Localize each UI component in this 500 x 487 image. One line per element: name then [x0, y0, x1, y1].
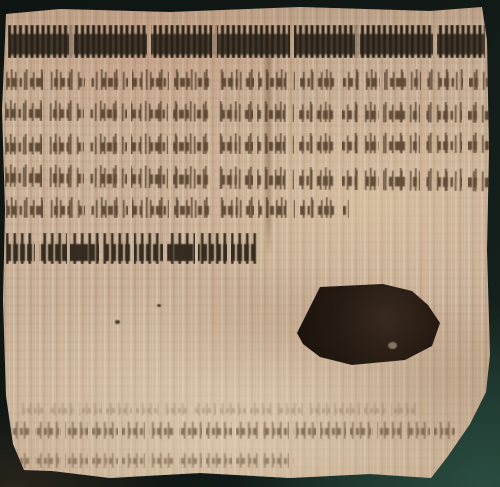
- ghost-script-line: [22, 402, 422, 416]
- photo-frame: [0, 0, 500, 487]
- subscription-script-line: [6, 233, 257, 264]
- body-script-line: [5, 164, 496, 192]
- body-script-line: [6, 69, 492, 90]
- parchment-sheet: [0, 0, 500, 487]
- body-script-line: [5, 100, 494, 123]
- body-script-line: [6, 197, 349, 218]
- ink-fleck: [115, 320, 120, 324]
- body-script-line: [5, 132, 492, 155]
- ink-fleck: [157, 304, 161, 307]
- seal-highlight: [388, 342, 397, 349]
- dating-script-line: [8, 420, 455, 439]
- dating-script-line: [8, 451, 295, 468]
- opening-script-line: [8, 25, 485, 58]
